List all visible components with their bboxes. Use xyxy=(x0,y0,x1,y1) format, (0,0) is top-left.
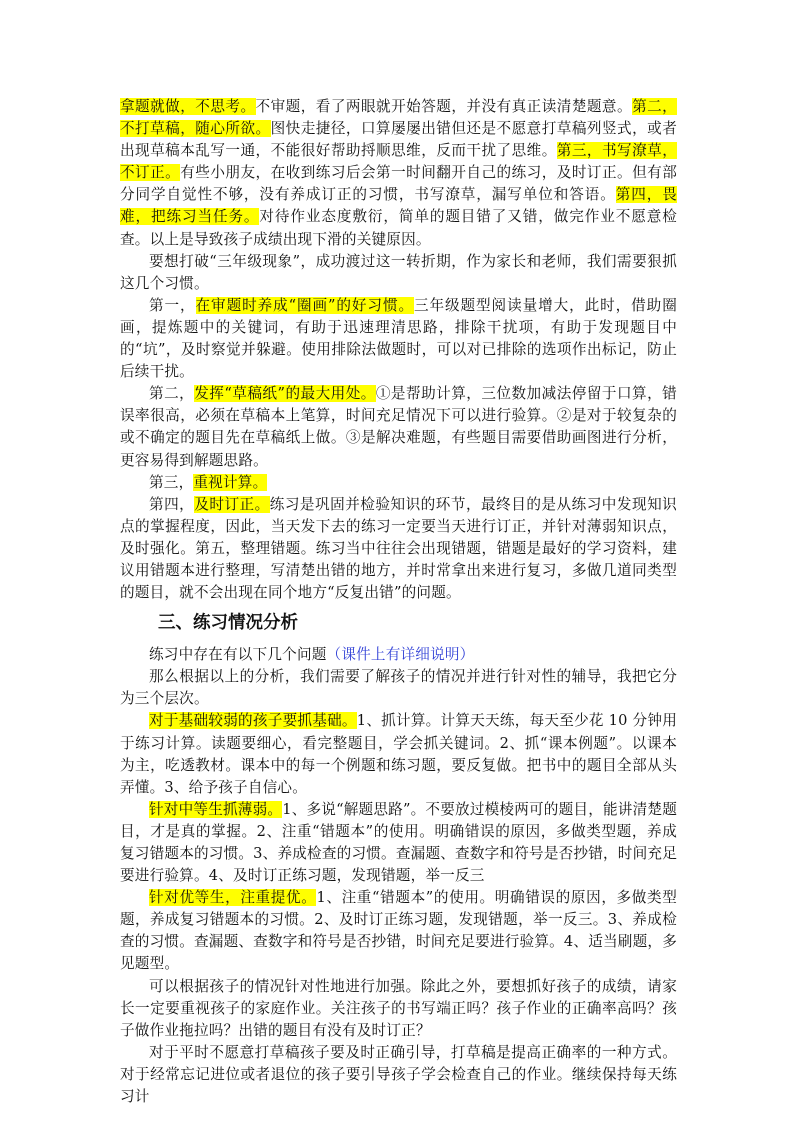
text: 练习中存在有以下几个问题 xyxy=(149,646,327,663)
paragraph-draft-guidance: 对于平时不愿意打草稿孩子要及时正确引导，打草稿是提高正确率的一种方式。对于经常忘… xyxy=(120,1042,677,1108)
paragraph-top-students: 针对优等生，注重提优。1、注重“错题本”的使用。明确错误的原因，多做类型题，养成… xyxy=(120,887,677,975)
paragraph-habit-4: 第四，及时订正。练习是巩固并检验知识的环节，最终目的是从练习中发现知识点的掌握程… xyxy=(120,494,677,604)
paragraph-homework: 可以根据孩子的情况针对性地进行加强。除此之外，要想抓好孩子的成绩，请家长一定要重… xyxy=(120,976,677,1042)
document-page: 拿题就做，不思考。不审题，看了两眼就开始答题，并没有真正读清楚题意。第二，不打草… xyxy=(120,96,677,1108)
section-heading: 三、练习情况分析 xyxy=(158,608,677,638)
paragraph-intro-habits: 要想打破“三年级现象”，成功渡过这一转折期，作为家长和老师，我们需要狠抓这几个习… xyxy=(120,251,677,295)
paragraph-issues: 练习中存在有以下几个问题（课件上有详细说明） xyxy=(120,644,677,666)
text: 可以根据孩子的情况针对性地进行加强。除此之外，要想抓好孩子的成绩，请家长一定要重… xyxy=(120,978,677,1039)
text: 有些小朋友，在收到练习后会第一时间翻开自己的练习，及时订正。但有部分同学自觉性不… xyxy=(120,164,677,203)
text: 要想打破“三年级现象”，成功渡过这一转折期，作为家长和老师，我们需要狠抓这几个习… xyxy=(120,253,677,292)
highlight: 及时订正。 xyxy=(194,496,269,513)
highlight: 在审题时养成“圈画”的好习惯。 xyxy=(196,297,414,314)
text: 第一， xyxy=(149,297,196,314)
paragraph-habit-2: 第二，发挥“草稿纸”的最大用处。①是帮助计算，三位数加减法停留于口算，错误率很高… xyxy=(120,383,677,471)
highlight: 针对优等生，注重提优。 xyxy=(149,889,316,906)
paragraph-problems: 拿题就做，不思考。不审题，看了两眼就开始答题，并没有真正读清楚题意。第二，不打草… xyxy=(120,96,677,251)
highlight: 对于基础较弱的孩子要抓基础。 xyxy=(149,712,357,729)
paragraph-weak-students: 对于基础较弱的孩子要抓基础。1、抓计算。计算天天练，每天至少花 10 分钟用于练… xyxy=(120,710,677,798)
paragraph-levels: 那么根据以上的分析，我们需要了解孩子的情况并进行针对性的辅导，我把它分为三个层次… xyxy=(120,666,677,710)
highlight: 重视计算。 xyxy=(193,474,267,491)
highlight-1: 拿题就做，不思考。 xyxy=(120,98,256,115)
text: 不审题，看了两眼就开始答题，并没有真正读清楚题意。 xyxy=(256,98,633,115)
highlight: 针对中等生抓薄弱。 xyxy=(149,801,282,818)
text: 对于平时不愿意打草稿孩子要及时正确引导，打草稿是提高正确率的一种方式。对于经常忘… xyxy=(120,1044,677,1105)
highlight: 发挥“草稿纸”的最大用处。 xyxy=(194,385,376,402)
paragraph-middle-students: 针对中等生抓薄弱。1、多说“解题思路”。不要放过模棱两可的题目，能讲清楚题目，才… xyxy=(120,799,677,887)
text: 第二， xyxy=(149,385,194,402)
text: 第四， xyxy=(149,496,194,513)
note-blue: （课件上有详细说明） xyxy=(327,646,475,663)
text: 第三， xyxy=(149,474,193,491)
paragraph-habit-3: 第三，重视计算。 xyxy=(120,472,677,494)
text: 那么根据以上的分析，我们需要了解孩子的情况并进行针对性的辅导，我把它分为三个层次… xyxy=(120,668,677,707)
paragraph-habit-1: 第一，在审题时养成“圈画”的好习惯。三年级题型阅读量增大，此时，借助圈画，提炼题… xyxy=(120,295,677,383)
